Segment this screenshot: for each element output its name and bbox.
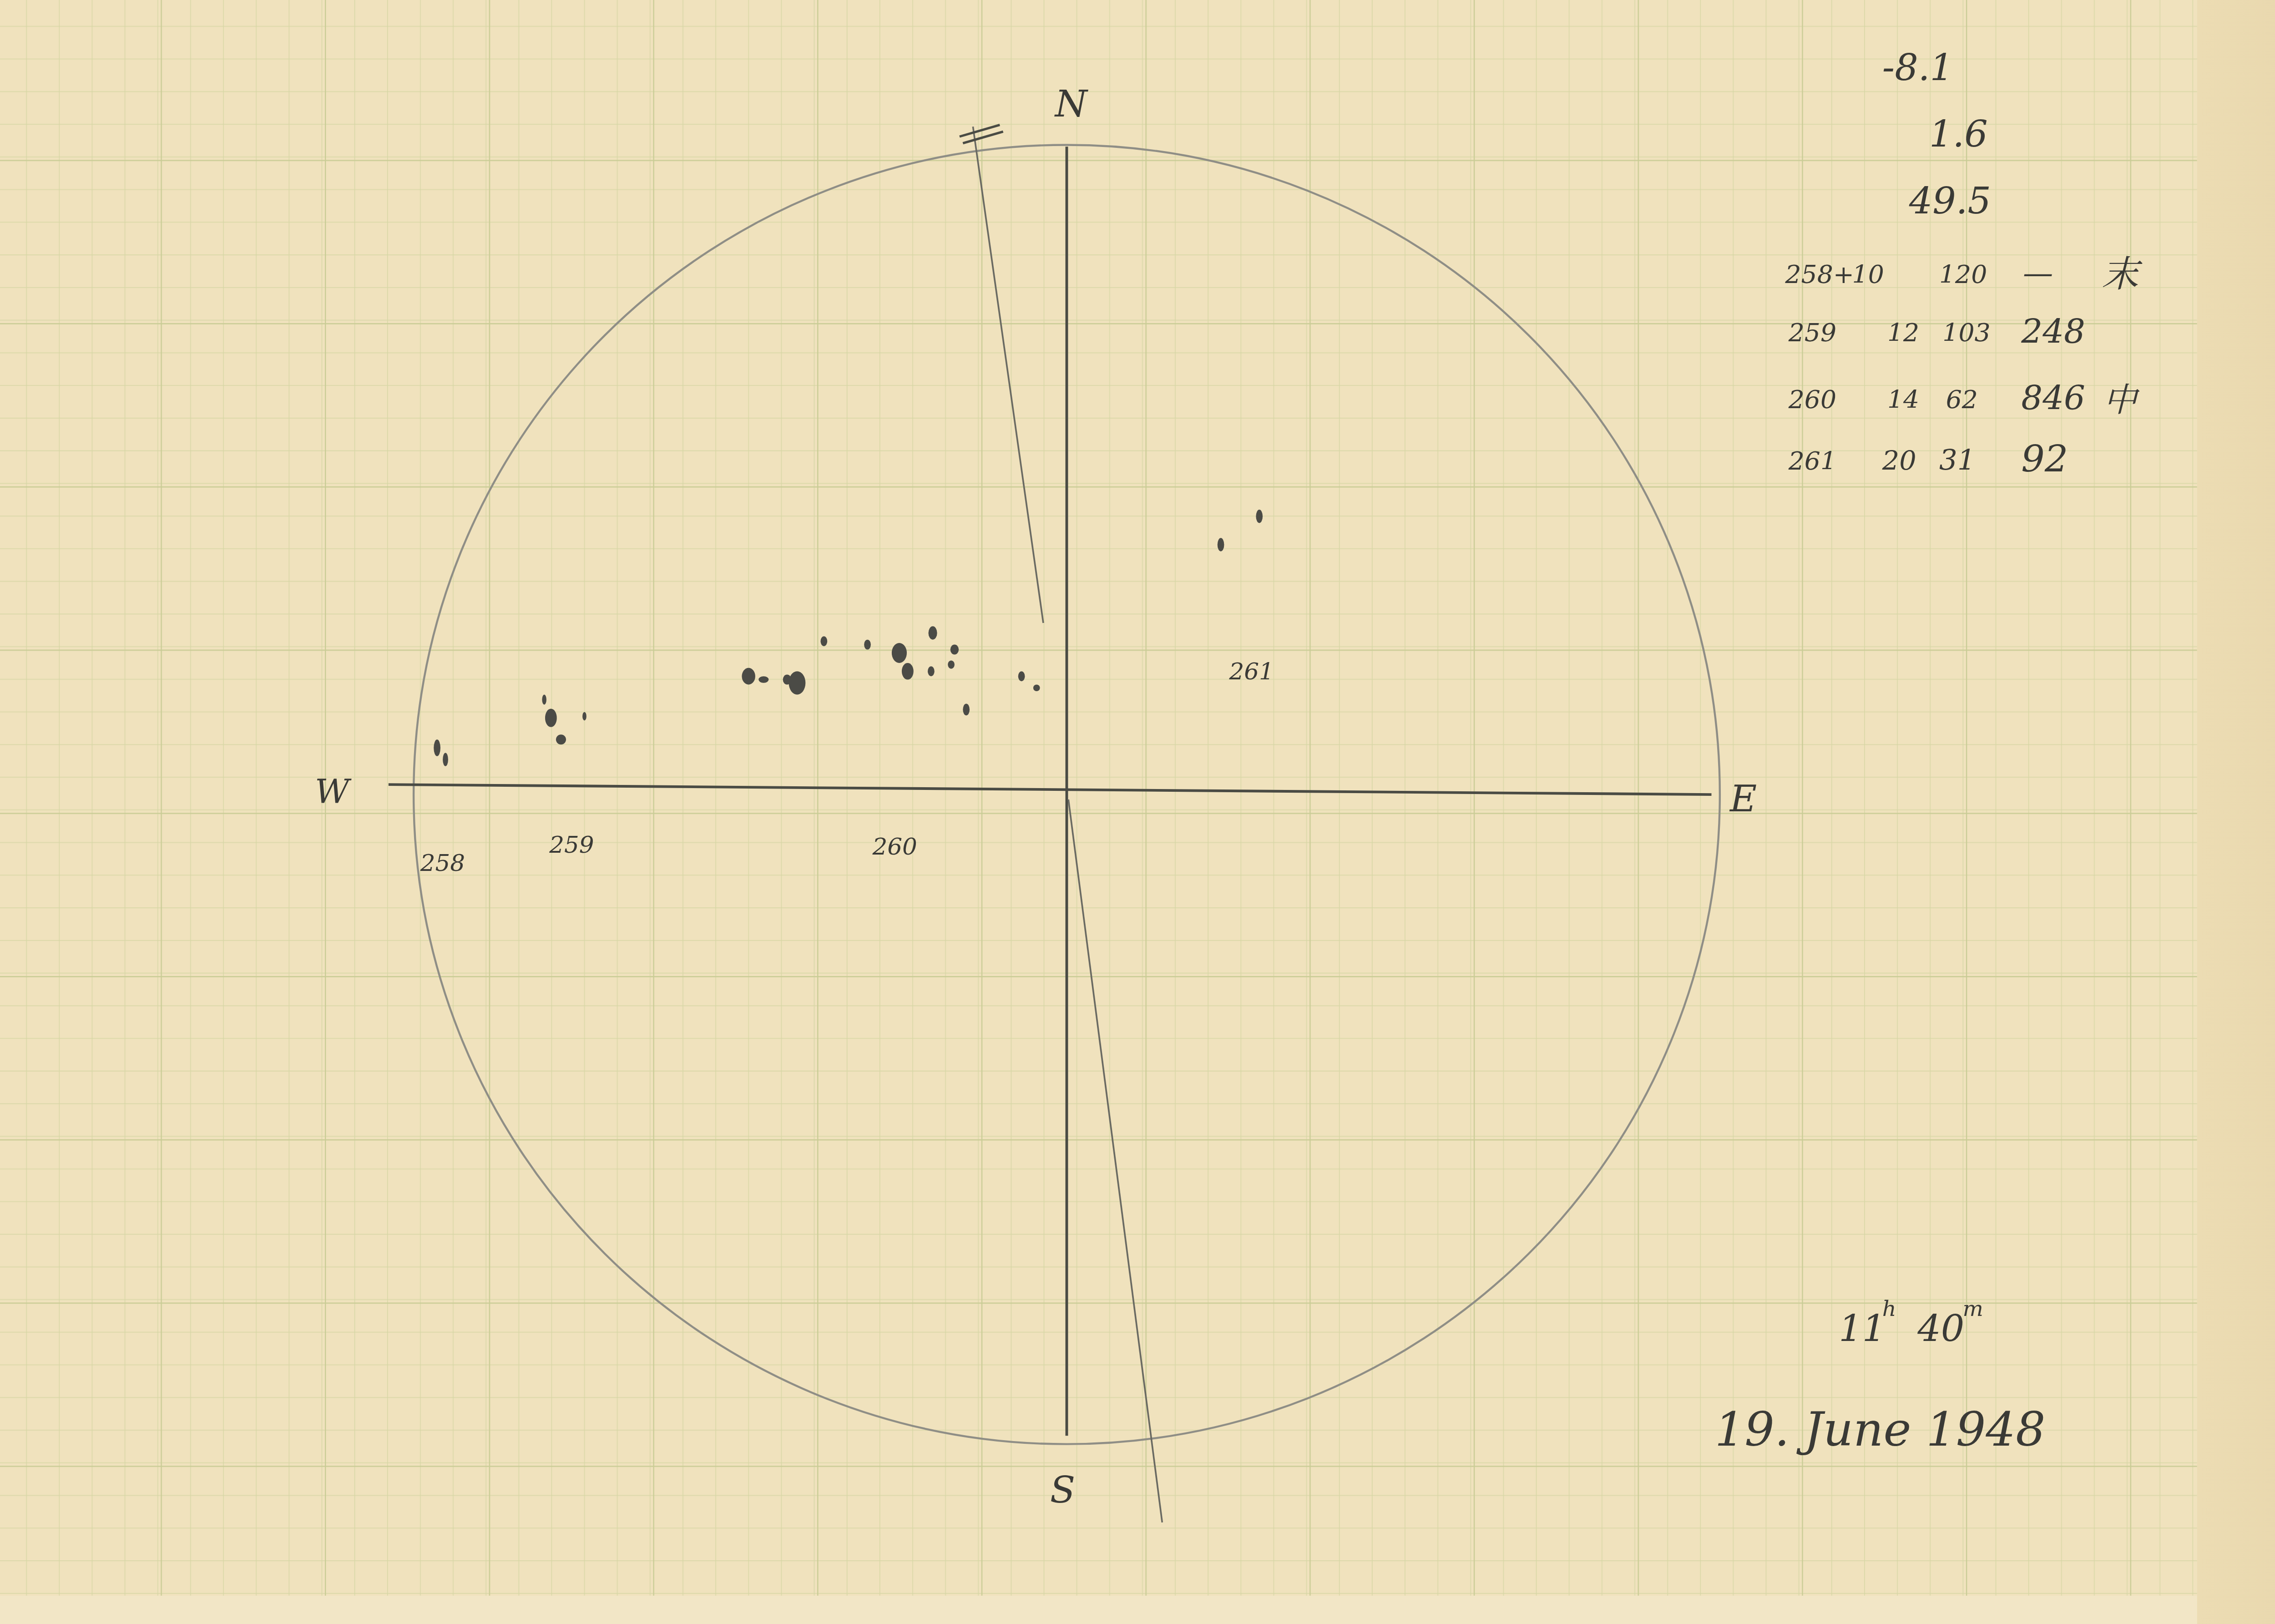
svg-text:248: 248 [2021, 313, 2085, 351]
compass-east-label: E [1729, 778, 1757, 820]
header-value-3: 49.5 [1909, 180, 1991, 223]
group-label-260: 260 [872, 833, 917, 860]
svg-text:中: 中 [2103, 381, 2140, 420]
svg-text:258+: 258+ [1785, 260, 1854, 289]
svg-text:62: 62 [1946, 385, 1978, 414]
svg-text:846: 846 [2021, 379, 2085, 418]
observation-sheet: N S E W 258 259 260 261 -8.1 [0, 0, 2275, 1624]
svg-text:—: — [2023, 255, 2053, 290]
bottom-margin [0, 1596, 2197, 1624]
svg-text:末: 末 [2102, 253, 2143, 296]
svg-text:12: 12 [1887, 319, 1919, 348]
svg-text:120: 120 [1939, 260, 1987, 289]
svg-text:10: 10 [1852, 260, 1884, 289]
compass-north-label: N [1054, 83, 1088, 126]
header-value-2: 1.6 [1929, 113, 1988, 156]
svg-text:20: 20 [1882, 445, 1916, 476]
svg-text:40: 40 [1917, 1307, 1964, 1350]
svg-text:14: 14 [1887, 385, 1919, 414]
compass-south-label: S [1050, 1469, 1075, 1512]
svg-text:m: m [1963, 1296, 1983, 1321]
svg-text:103: 103 [1942, 319, 1990, 348]
svg-text:259: 259 [1788, 319, 1836, 348]
svg-text:31: 31 [1939, 443, 1976, 476]
header-value-1: -8.1 [1882, 46, 1953, 89]
svg-text:92: 92 [2021, 438, 2068, 481]
group-label-259: 259 [549, 831, 594, 859]
svg-text:h: h [1882, 1296, 1896, 1321]
svg-text:260: 260 [1788, 385, 1836, 414]
svg-text:11: 11 [1839, 1307, 1886, 1350]
svg-text:261: 261 [1788, 446, 1836, 476]
group-label-258: 258 [420, 850, 465, 877]
group-label-261: 261 [1228, 658, 1274, 686]
sheet-canvas: N S E W 258 259 260 261 -8.1 [0, 0, 2275, 1624]
observation-date: 19. June 1948 [1715, 1403, 2046, 1457]
binding-margin [2197, 0, 2275, 1624]
compass-west-label: W [315, 773, 352, 811]
